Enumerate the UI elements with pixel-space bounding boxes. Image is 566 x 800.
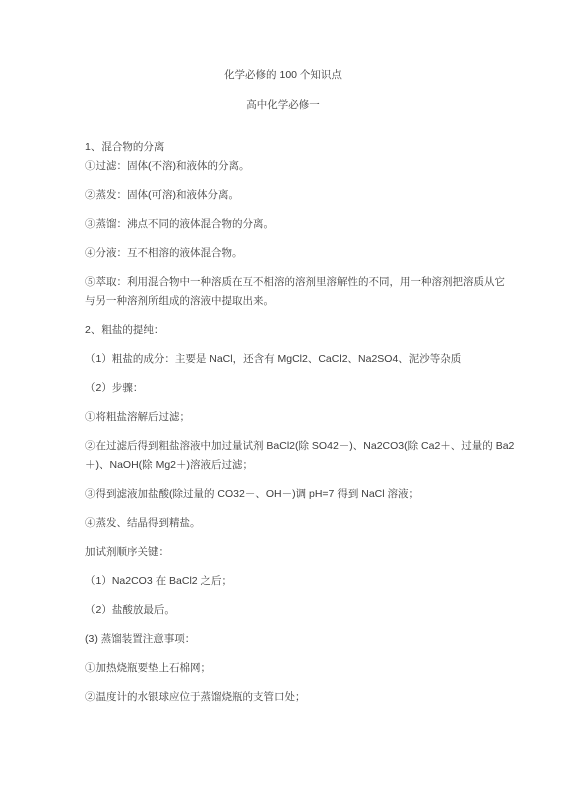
page-title: 化学必修的 100 个知识点 [0, 66, 566, 85]
paragraph: ②在过滤后得到粗盐溶液中加过量试剂 BaCl2(除 SO42－)、Na2CO3(… [85, 437, 525, 475]
paragraph: ③得到滤液加盐酸(除过量的 CO32－、OH－)调 pH=7 得到 NaCl 溶… [85, 485, 525, 504]
paragraph: 加试剂顺序关键： [85, 543, 525, 562]
paragraph: （2）盐酸放最后。 [85, 601, 525, 620]
paragraph: ⑤萃取：利用混合物中一种溶质在互不相溶的溶剂里溶解性的不同，用一种溶剂把溶质从它… [85, 273, 525, 311]
paragraph: ②温度计的水银球应位于蒸馏烧瓶的支管口处； [85, 688, 525, 707]
paragraph: (3) 蒸馏装置注意事项： [85, 630, 525, 649]
paragraph: ②蒸发：固体(可溶)和液体分离。 [85, 186, 525, 205]
paragraph: ①加热烧瓶要垫上石棉网； [85, 659, 525, 678]
paragraph: （1）Na2CO3 在 BaCl2 之后； [85, 572, 525, 591]
paragraph: ③蒸馏：沸点不同的液体混合物的分离。 [85, 215, 525, 234]
paragraph: （2）步骤： [85, 379, 525, 398]
paragraph: （1）粗盐的成分：主要是 NaCl，还含有 MgCl2、CaCl2、Na2SO4… [85, 350, 525, 369]
document-body: 1、混合物的分离 ①过滤：固体(不溶)和液体的分离。②蒸发：固体(可溶)和液体分… [85, 138, 525, 717]
document-page: 化学必修的 100 个知识点 高中化学必修一 1、混合物的分离 ①过滤：固体(不… [0, 0, 566, 800]
paragraph: 1、混合物的分离 ①过滤：固体(不溶)和液体的分离。 [85, 138, 525, 176]
paragraph: ④蒸发、结晶得到精盐。 [85, 514, 525, 533]
document-header: 化学必修的 100 个知识点 高中化学必修一 [0, 66, 566, 115]
page-subtitle: 高中化学必修一 [0, 96, 566, 115]
paragraph: ①将粗盐溶解后过滤； [85, 408, 525, 427]
paragraph: 2、粗盐的提纯： [85, 321, 525, 340]
paragraph: ④分液：互不相溶的液体混合物。 [85, 244, 525, 263]
